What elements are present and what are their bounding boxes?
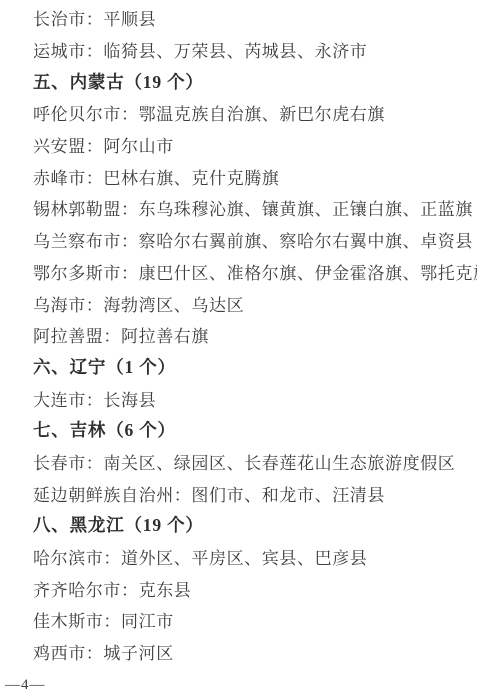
region-entry-line: 鄂尔多斯市：康巴什区、准格尔旗、伊金霍洛旗、鄂托克旗 — [33, 256, 471, 288]
region-entry-line: 齐齐哈尔市：克东县 — [33, 572, 471, 604]
region-entry-line: 哈尔滨市：道外区、平房区、宾县、巴彦县 — [33, 541, 471, 573]
province-heading-jilin: 七、吉林（6 个） — [33, 414, 471, 446]
region-entry-line: 长治市：平顺县 — [33, 2, 471, 34]
region-entry-line: 大连市：长海县 — [33, 382, 471, 414]
region-entry-line: 呼伦贝尔市：鄂温克族自治旗、新巴尔虎右旗 — [33, 97, 471, 129]
region-entry-line: 运城市：临猗县、万荣县、芮城县、永济市 — [33, 34, 471, 66]
region-entry-line: 长春市：南关区、绿园区、长春莲花山生态旅游度假区 — [33, 446, 471, 478]
province-heading-heilongjiang: 八、黑龙江（19 个） — [33, 509, 471, 541]
region-entry-line: 阿拉善盟：阿拉善右旗 — [33, 319, 471, 351]
page-number: —4— — [5, 677, 46, 694]
page-footer: —4— — [5, 675, 46, 695]
region-entry-line: 鸡西市：城子河区 — [33, 636, 471, 668]
province-heading-neimenggu: 五、内蒙古（19 个） — [33, 65, 471, 97]
province-heading-liaoning: 六、辽宁（1 个） — [33, 351, 471, 383]
region-entry-line: 兴安盟：阿尔山市 — [33, 129, 471, 161]
region-entry-line: 乌海市：海勃湾区、乌达区 — [33, 287, 471, 319]
region-entry-line: 延边朝鲜族自治州：图们市、和龙市、汪清县 — [33, 477, 471, 509]
region-entry-line: 佳木斯市：同江市 — [33, 604, 471, 636]
region-entry-line: 赤峰市：巴林右旗、克什克腾旗 — [33, 160, 471, 192]
document-page: 长治市：平顺县 运城市：临猗县、万荣县、芮城县、永济市 五、内蒙古（19 个） … — [0, 0, 477, 699]
region-entry-line: 锡林郭勒盟：东乌珠穆沁旗、镶黄旗、正镶白旗、正蓝旗 — [33, 192, 471, 224]
region-entry-line: 乌兰察布市：察哈尔右翼前旗、察哈尔右翼中旗、卓资县 — [33, 224, 471, 256]
document-body: 长治市：平顺县 运城市：临猗县、万荣县、芮城县、永济市 五、内蒙古（19 个） … — [33, 2, 471, 667]
